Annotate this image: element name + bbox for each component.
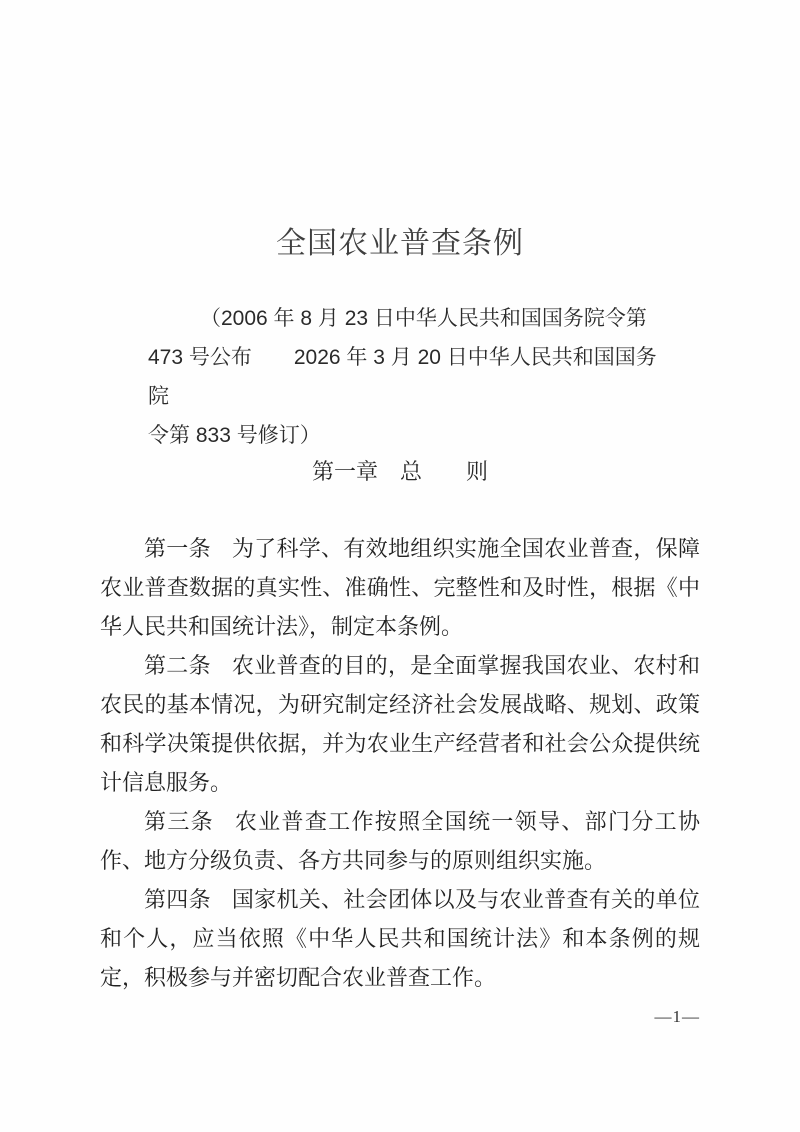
article-paragraph-2: 第二条农业普查的目的，是全面掌握我国农业、农村和农民的基本情况，为研究制定经济社… [100,646,700,802]
article-label-4: 第四条 [144,887,211,912]
document-page: 全国农业普查条例 （2006 年 8 月 23 日中华人民共和国国务院令第 47… [0,0,800,1132]
article-label-3: 第三条 [144,809,214,834]
article-label-2: 第二条 [144,653,211,678]
document-title: 全国农业普查条例 [0,218,800,262]
promulgation-line-2: 473 号公布 2026 年 3 月 20 日中华人民共和国国务院 [148,338,663,416]
promulgation-line-3: 令第 833 号修订） [148,416,663,455]
promulgation-note: （2006 年 8 月 23 日中华人民共和国国务院令第 473 号公布 202… [148,299,663,455]
article-paragraph-3: 第三条农业普查工作按照全国统一领导、部门分工协作、地方分级负责、各方共同参与的原… [100,802,700,880]
article-paragraph-1: 第一条为了科学、有效地组织实施全国农业普查，保障农业普查数据的真实性、准确性、完… [100,529,700,646]
article-paragraph-4: 第四条国家机关、社会团体以及与农业普查有关的单位和个人，应当依照《中华人民共和国… [100,880,700,997]
page-number: —1— [655,1007,701,1027]
document-body: 第一条为了科学、有效地组织实施全国农业普查，保障农业普查数据的真实性、准确性、完… [100,529,700,997]
article-label-1: 第一条 [144,536,211,561]
chapter-heading: 第一章 总 则 [0,455,800,486]
promulgation-line-1: （2006 年 8 月 23 日中华人民共和国国务院令第 [148,299,663,338]
